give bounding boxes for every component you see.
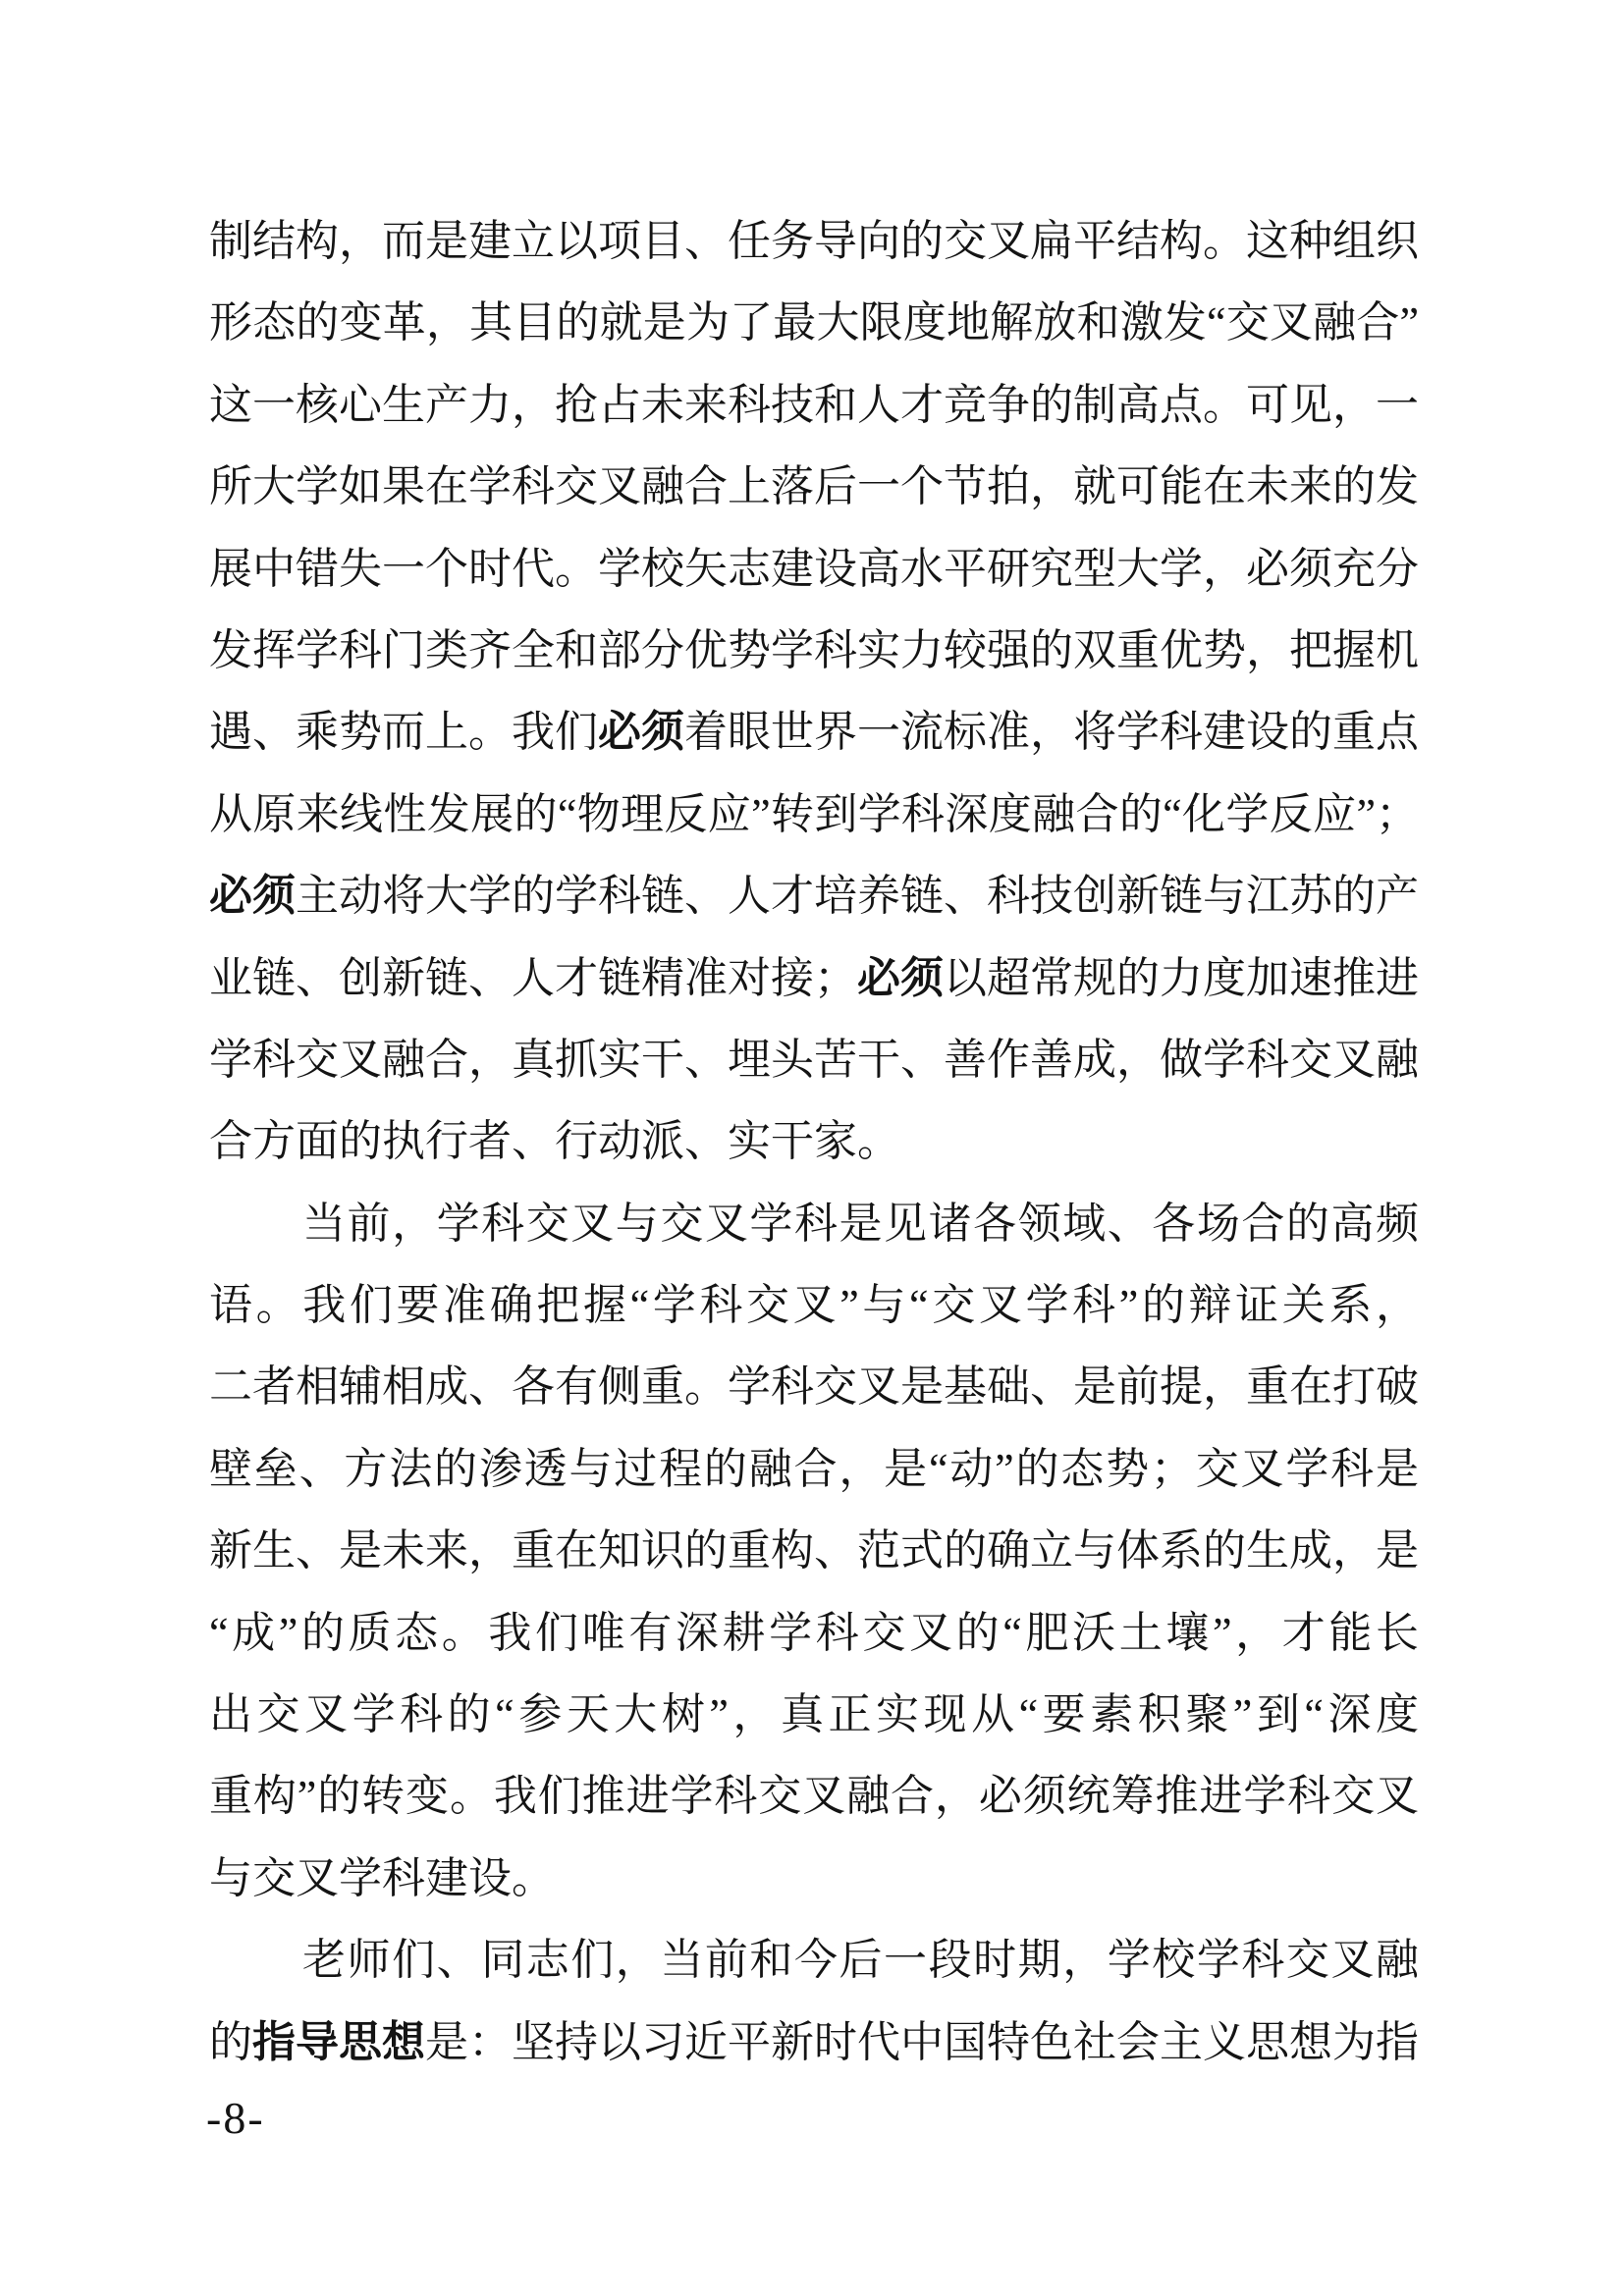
text-line: 新生、是未来，重在知识的重构、范式的确立与体系的生成，是 (209, 1510, 1419, 1591)
text-line: 合方面的执行者、行动派、实干家。 (209, 1100, 1419, 1182)
text-run: 二者相辅相成、各有侧重。学科交叉是基础、是前提，重在打破 (209, 1362, 1419, 1411)
text-line: 形态的变革，其目的就是为了最大限度地解放和激发“交叉融合” (209, 282, 1419, 363)
emphasis-text-run: 必须 (857, 954, 944, 1002)
emphasis-text-run: 必须 (598, 708, 684, 756)
text-line: 出交叉学科的“参天大树”，真正实现从“要素积聚”到“深度 (209, 1674, 1419, 1755)
text-run: 所大学如果在学科交叉融合上落后一个节拍，就可能在未来的发 (209, 462, 1419, 510)
text-run: 学科交叉融合，真抓实干、埋头苦干、善作善成，做学科交叉融 (209, 1036, 1419, 1084)
text-run: 语。我们要准确把握“学科交叉”与“交叉学科”的辩证关系， (209, 1281, 1419, 1329)
text-line: 壁垒、方法的渗透与过程的融合，是“动”的态势；交叉学科是 (209, 1428, 1419, 1510)
text-run: 的 (209, 2018, 252, 2066)
text-run: 形态的变革，其目的就是为了最大限度地解放和激发“交叉融合” (209, 298, 1419, 347)
text-line: 制结构，而是建立以项目、任务导向的交叉扁平结构。这种组织 (209, 200, 1419, 282)
text-line: 二者相辅相成、各有侧重。学科交叉是基础、是前提，重在打破 (209, 1346, 1419, 1427)
text-run: 从原来线性发展的“物理反应”转到学科深度融合的“化学反应”； (209, 790, 1419, 838)
text-line: 发挥学科门类齐全和部分优势学科实力较强的双重优势，把握机 (209, 610, 1419, 691)
text-line: 遇、乘势而上。我们必须着眼世界一流标准，将学科建设的重点 (209, 691, 1419, 773)
text-run: 业链、创新链、人才链精准对接； (209, 954, 857, 1002)
emphasis-text-run: 必须 (209, 872, 296, 920)
text-run: 老师们、同志们，当前和今后一段时期，学校学科交叉融合 (209, 1936, 1419, 2001)
text-line: 展中错失一个时代。学校矢志建设高水平研究型大学，必须充分 (209, 528, 1419, 610)
text-line: 与交叉学科建设。 (209, 1838, 1419, 1919)
text-run: 出交叉学科的“参天大树”，真正实现从“要素积聚”到“深度 (209, 1690, 1419, 1738)
text-line: 必须主动将大学的学科链、人才培养链、科技创新链与江苏的产 (209, 855, 1419, 936)
text-run: 这一核心生产力，抢占未来科技和人才竞争的制高点。可见，一 (209, 381, 1419, 429)
text-line: 老师们、同志们，当前和今后一段时期，学校学科交叉融合 (209, 1919, 1419, 2001)
text-line: 的指导思想是：坚持以习近平新时代中国特色社会主义思想为指 (209, 2002, 1419, 2083)
text-run: 当前，学科交叉与交叉学科是见诸各领域、各场合的高频词 (209, 1200, 1419, 1264)
text-run: 壁垒、方法的渗透与过程的融合，是“动”的态势；交叉学科是 (209, 1445, 1419, 1493)
text-line: 当前，学科交叉与交叉学科是见诸各领域、各场合的高频词 (209, 1183, 1419, 1264)
text-run: 展中错失一个时代。学校矢志建设高水平研究型大学，必须充分 (209, 545, 1419, 593)
text-run: 制结构，而是建立以项目、任务导向的交叉扁平结构。这种组织 (209, 217, 1419, 265)
text-run: 发挥学科门类齐全和部分优势学科实力较强的双重优势，把握机 (209, 626, 1419, 674)
text-line: 重构”的转变。我们推进学科交叉融合，必须统筹推进学科交叉 (209, 1755, 1419, 1837)
text-run: 以超常规的力度加速推进 (944, 954, 1419, 1002)
text-line: 学科交叉融合，真抓实干、埋头苦干、善作善成，做学科交叉融 (209, 1019, 1419, 1100)
document-body: 制结构，而是建立以项目、任务导向的交叉扁平结构。这种组织形态的变革，其目的就是为… (209, 200, 1419, 2083)
text-run: 遇、乘势而上。我们 (209, 708, 598, 756)
text-line: 语。我们要准确把握“学科交叉”与“交叉学科”的辩证关系， (209, 1264, 1419, 1346)
text-run: “成”的质态。我们唯有深耕学科交叉的“肥沃土壤”，才能长 (209, 1609, 1419, 1657)
text-run: 着眼世界一流标准，将学科建设的重点 (684, 708, 1419, 756)
text-run: 合方面的执行者、行动派、实干家。 (209, 1117, 900, 1165)
text-line: “成”的质态。我们唯有深耕学科交叉的“肥沃土壤”，才能长 (209, 1592, 1419, 1674)
text-run: 重构”的转变。我们推进学科交叉融合，必须统筹推进学科交叉 (209, 1772, 1419, 1820)
text-run: 与交叉学科建设。 (209, 1854, 555, 1902)
text-run: 新生、是未来，重在知识的重构、范式的确立与体系的生成，是 (209, 1526, 1419, 1575)
text-line: 这一核心生产力，抢占未来科技和人才竞争的制高点。可见，一 (209, 364, 1419, 446)
text-line: 业链、创新链、人才链精准对接；必须以超常规的力度加速推进 (209, 937, 1419, 1019)
page-number: -8- (206, 2089, 265, 2148)
emphasis-text-run: 指导思想 (252, 2018, 425, 2066)
text-run: 主动将大学的学科链、人才培养链、科技创新链与江苏的产 (296, 872, 1419, 920)
document-page: 制结构，而是建立以项目、任务导向的交叉扁平结构。这种组织形态的变革，其目的就是为… (0, 0, 1624, 2296)
text-run: 是：坚持以习近平新时代中国特色社会主义思想为指 (425, 2018, 1419, 2066)
text-line: 从原来线性发展的“物理反应”转到学科深度融合的“化学反应”； (209, 774, 1419, 855)
text-line: 所大学如果在学科交叉融合上落后一个节拍，就可能在未来的发 (209, 446, 1419, 527)
